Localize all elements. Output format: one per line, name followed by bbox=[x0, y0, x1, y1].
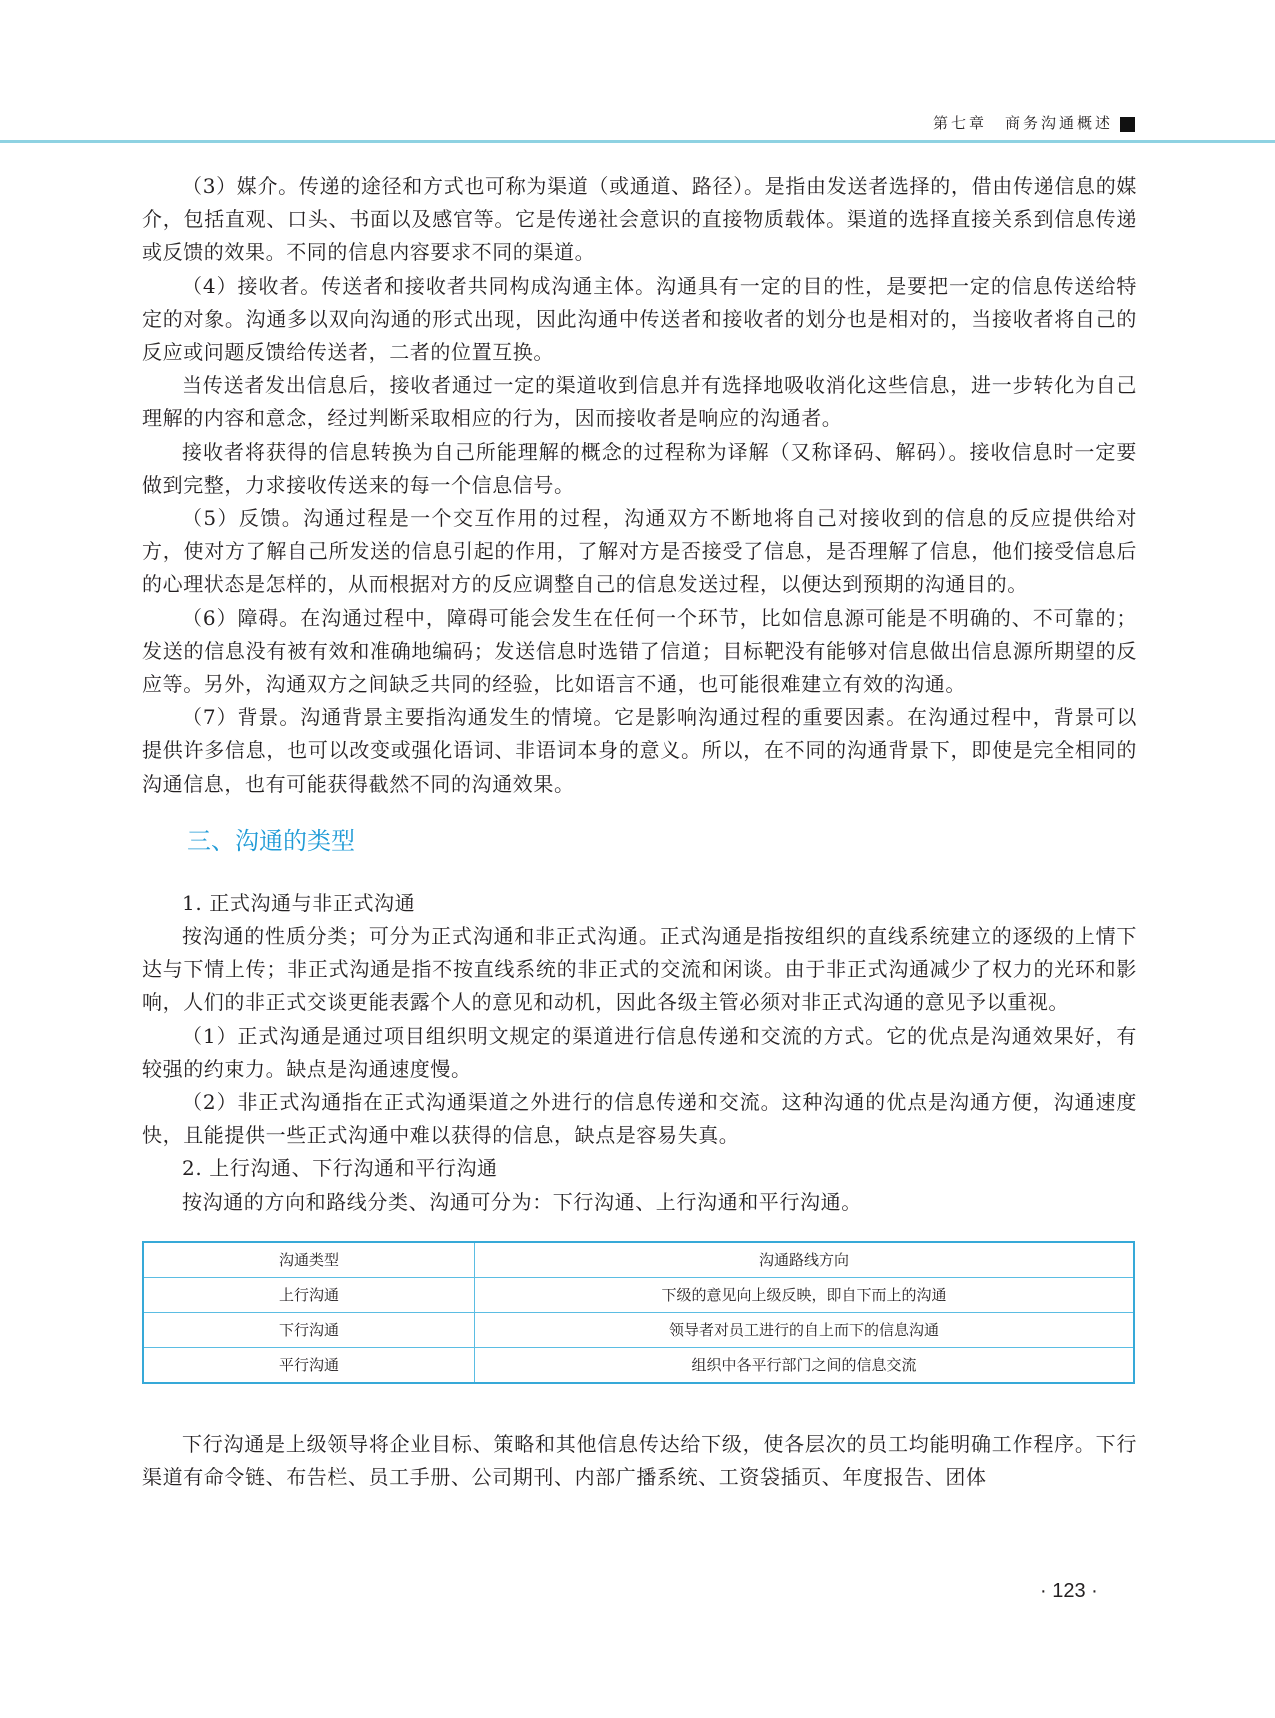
paragraph-receiver-response: 当传送者发出信息后，接收者通过一定的渠道收到信息并有选择地吸收消化这些信息，进一… bbox=[142, 369, 1137, 435]
subsection-title-direction: 2. 上行沟通、下行沟通和平行沟通 bbox=[142, 1152, 1137, 1185]
communication-type-table: 沟通类型 沟通路线方向 上行沟通 下级的意见向上级反映，即自下而上的沟通 下行沟… bbox=[142, 1241, 1137, 1384]
paragraph-barrier: （6）障碍。在沟通过程中，障碍可能会发生在任何一个环节，比如信息源可能是不明确的… bbox=[142, 602, 1137, 702]
paragraph-direction-intro: 按沟通的方向和路线分类、沟通可分为：下行沟通、上行沟通和平行沟通。 bbox=[142, 1186, 1137, 1219]
paragraph-decoding: 接收者将获得的信息转换为自己所能理解的概念的过程称为译解（又称译码、解码）。接收… bbox=[142, 436, 1137, 502]
chapter-title: 第七章 商务沟通概述 bbox=[933, 112, 1113, 133]
paragraph-context: （7）背景。沟通背景主要指沟通发生的情境。它是影响沟通过程的重要因素。在沟通过程… bbox=[142, 701, 1137, 801]
table-row: 上行沟通 下级的意见向上级反映，即自下而上的沟通 bbox=[143, 1277, 1134, 1312]
table-header-row: 沟通类型 沟通路线方向 bbox=[143, 1242, 1134, 1278]
table-cell: 上行沟通 bbox=[143, 1277, 475, 1312]
table-cell: 领导者对员工进行的自上而下的信息沟通 bbox=[475, 1312, 1135, 1347]
paragraph-medium: （3）媒介。传递的途径和方式也可称为渠道（或通道、路径）。是指由发送者选择的，借… bbox=[142, 170, 1137, 270]
table-cell: 组织中各平行部门之间的信息交流 bbox=[475, 1347, 1135, 1383]
table-cell: 下行沟通 bbox=[143, 1312, 475, 1347]
paragraph-informal: （2）非正式沟通指在正式沟通渠道之外进行的信息传递和交流。这种沟通的优点是沟通方… bbox=[142, 1086, 1137, 1152]
table-row: 平行沟通 组织中各平行部门之间的信息交流 bbox=[143, 1347, 1134, 1383]
paragraph-formal: （1）正式沟通是通过项目组织明文规定的渠道进行信息传递和交流的方式。它的优点是沟… bbox=[142, 1020, 1137, 1086]
paragraph-feedback: （5）反馈。沟通过程是一个交互作用的过程，沟通双方不断地将自己对接收到的信息的反… bbox=[142, 502, 1137, 602]
paragraph-downward: 下行沟通是上级领导将企业目标、策略和其他信息传达给下级，使各层次的员工均能明确工… bbox=[142, 1428, 1137, 1494]
paragraph-formal-informal: 按沟通的性质分类；可分为正式沟通和非正式沟通。正式沟通是指按组织的直线系统建立的… bbox=[142, 920, 1137, 1020]
page-number: · 123 · bbox=[1040, 1580, 1098, 1603]
section-title: 三、沟通的类型 bbox=[142, 821, 1137, 861]
table-cell: 平行沟通 bbox=[143, 1347, 475, 1383]
header-divider bbox=[0, 140, 1275, 143]
running-header: 第七章 商务沟通概述 bbox=[0, 110, 1275, 140]
page-body: （3）媒介。传递的途径和方式也可称为渠道（或通道、路径）。是指由发送者选择的，借… bbox=[142, 170, 1137, 1494]
black-square-icon bbox=[1120, 117, 1135, 132]
table-header-cell: 沟通类型 bbox=[143, 1242, 475, 1278]
subsection-title-formal: 1. 正式沟通与非正式沟通 bbox=[142, 887, 1137, 920]
paragraph-receiver: （4）接收者。传送者和接收者共同构成沟通主体。沟通具有一定的目的性，是要把一定的… bbox=[142, 270, 1137, 370]
table-row: 下行沟通 领导者对员工进行的自上而下的信息沟通 bbox=[143, 1312, 1134, 1347]
table-cell: 下级的意见向上级反映，即自下而上的沟通 bbox=[475, 1277, 1135, 1312]
table-header-cell: 沟通路线方向 bbox=[475, 1242, 1135, 1278]
